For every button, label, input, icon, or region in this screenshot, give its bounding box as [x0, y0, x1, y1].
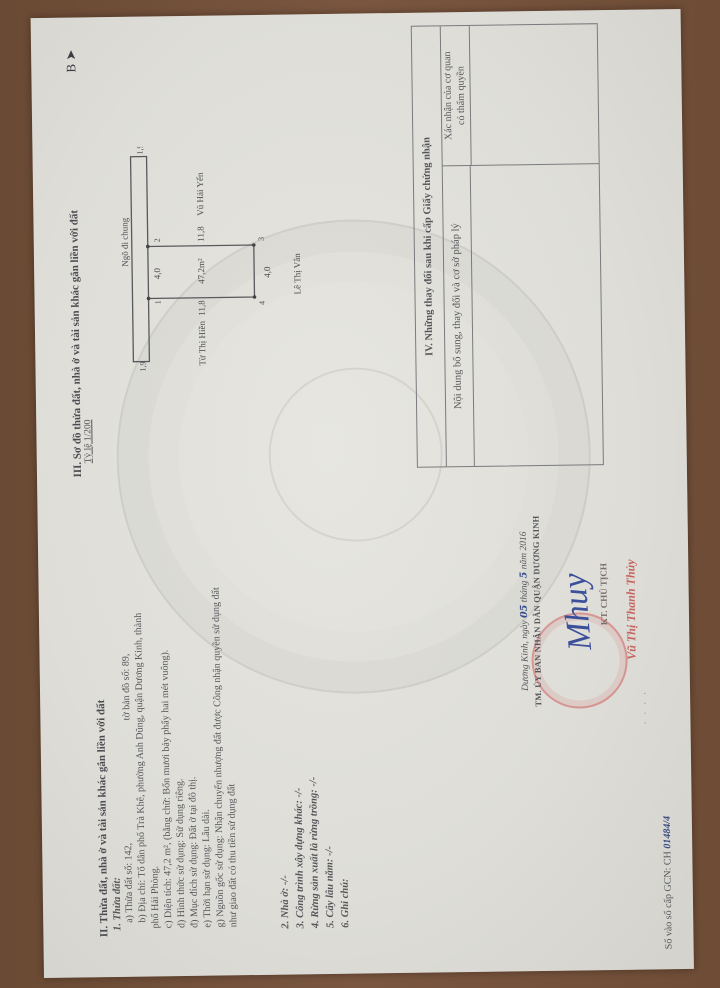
decorative-dots: · · · ·	[640, 690, 651, 725]
column-header-content: Nội dung bổ sung, thay đổi và cơ sở pháp…	[442, 165, 475, 466]
handwritten-signature: Mhuy	[556, 572, 600, 652]
section-2-land: II. Thửa đất, nhà ở và tài sản khác gắn …	[94, 587, 241, 937]
road-label: Ngõ đi chung	[119, 217, 130, 267]
changes-table: IV. Những thay đổi sau khi cấp Giấy chứn…	[411, 23, 604, 468]
north-indicator: B ➤	[63, 50, 79, 73]
section-2-items: 2. Nhà ở: -/- 3. Công trình xây dựng khá…	[276, 776, 353, 934]
registry-number: Số vào sổ cấp GCN: CH 01484/4	[662, 816, 675, 949]
parcel-number: a) Thửa đất số: 142,	[123, 843, 135, 923]
registry-value: 01484/4	[662, 816, 673, 849]
item-planted-forest: 4. Rừng sản xuất là rừng trồng: -/-	[306, 777, 323, 929]
vertex-3: 3	[257, 237, 266, 241]
item-notes: 6. Ghi chú:	[336, 776, 353, 928]
date-month: 5	[518, 572, 529, 579]
dim-side-top: 11,8	[197, 300, 207, 316]
vertex-2: 2	[153, 238, 162, 242]
signature-block: Dương Kinh, ngày 05 tháng 5 năm 2016 TM.…	[517, 491, 543, 731]
month-label: tháng	[519, 581, 529, 603]
column-divider	[470, 163, 599, 166]
north-arrow-icon: ➤	[63, 50, 78, 61]
issue-date: Dương Kinh, ngày 05 tháng 5 năm 2016	[517, 491, 531, 731]
neighbor-right: Vũ Hải Yến	[195, 172, 206, 216]
section-3-diagram: III. Sơ đồ thửa đất, nhà ở và tài sản kh…	[68, 210, 94, 478]
date-day: 05	[519, 605, 530, 618]
dim-back: 4,0	[262, 266, 272, 278]
parcel-sketch: Ngõ đi chung 1,9 1,9 4,0 1 2 3 4 11,8 11…	[102, 144, 315, 377]
date-prefix: Dương Kinh, ngày	[520, 620, 531, 691]
signer-position: KT. CHỦ TỊCH	[598, 563, 609, 625]
year-label: năm	[519, 553, 529, 570]
north-label: B	[63, 64, 78, 73]
dim-front: 4,0	[152, 268, 162, 280]
column-header-confirmation: Xác nhận của cơ quan có thẩm quyền	[440, 26, 472, 165]
parcel-map: Ngõ đi chung 1,9 1,9 4,0 1 2 3 4 11,8 11…	[102, 144, 315, 377]
vertex-4: 4	[258, 301, 267, 305]
scale-label: Tỷ lệ 1/200	[80, 210, 94, 464]
confirmation-line-2: có thẩm quyền	[454, 26, 469, 165]
signer-name: Vũ Thị Thanh Thủy	[623, 559, 639, 660]
dim-side-bottom: 11,8	[196, 226, 206, 242]
neighbor-back: Lê Thị Vân	[292, 253, 303, 295]
registry-label: Số vào sổ cấp GCN: CH	[662, 851, 674, 949]
date-year: 2016	[519, 531, 529, 550]
dim-lane-top: 1,9	[138, 361, 147, 371]
neighbor-left: Từ Thị Hiền	[197, 320, 208, 365]
certificate-page: II. Thửa đất, nhà ở và tài sản khác gắn …	[31, 9, 694, 978]
vertex-1: 1	[154, 300, 163, 304]
parcel-area: 47,2m²	[196, 258, 206, 284]
dim-lane-bottom: 1,9	[135, 145, 144, 155]
map-sheet: tờ bản đồ số: 89,	[120, 654, 132, 721]
